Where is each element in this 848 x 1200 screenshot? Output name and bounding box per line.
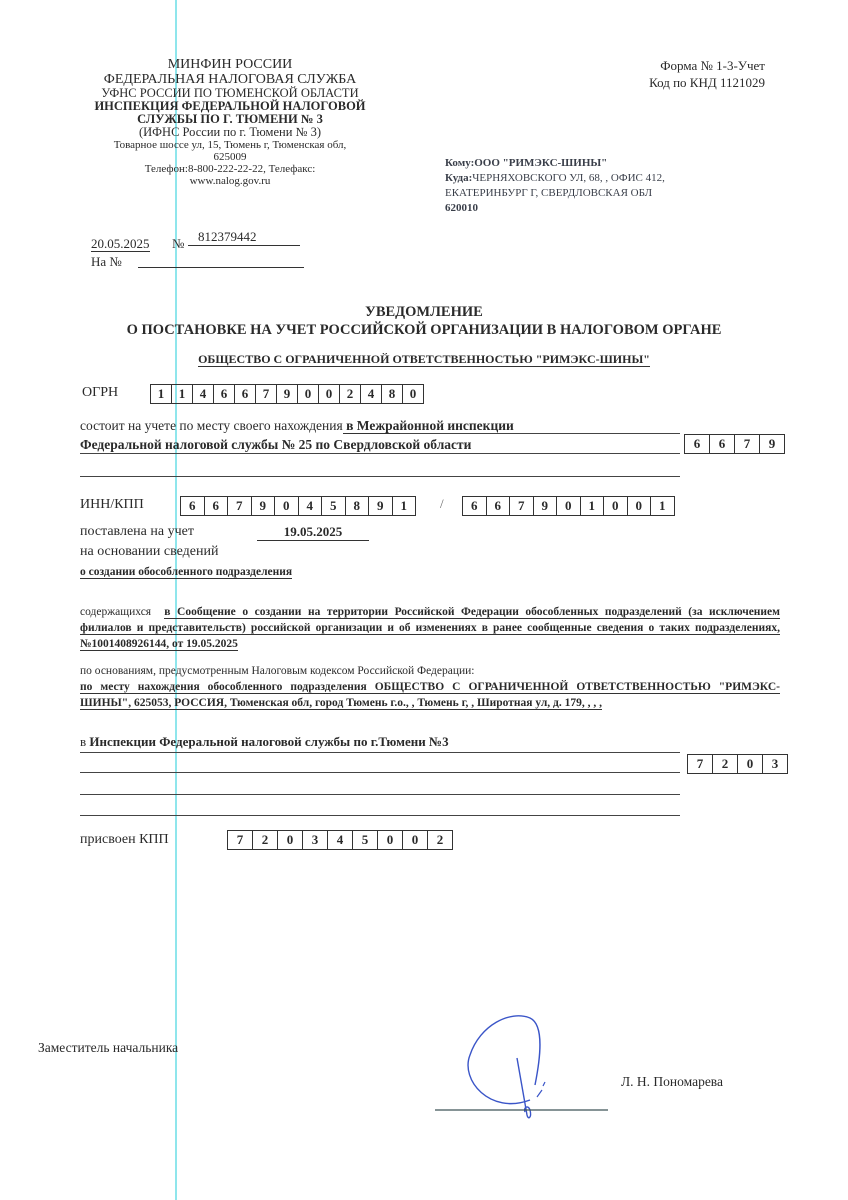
new-authority: в Инспекции Федеральной налоговой службы… xyxy=(80,734,449,750)
form-info: Форма № 1-3-Учет Код по КНД 1121029 xyxy=(600,57,765,91)
address-line1: Товарное шоссе ул, 15, Тюмень г, Тюменск… xyxy=(80,139,380,151)
document-subtitle: О ПОСТАНОВКЕ НА УЧЕТ РОССИЙСКОЙ ОРГАНИЗА… xyxy=(0,322,848,339)
website: www.nalog.gov.ru xyxy=(80,175,380,187)
ogrn-cells: 1 1 4 6 6 7 9 0 0 2 4 8 0 xyxy=(150,384,424,404)
outgoing-number: 812379442 xyxy=(188,229,300,246)
location-authority: Федеральной налоговой службы № 25 по Све… xyxy=(80,437,471,453)
reply-number xyxy=(138,255,304,268)
fill-line xyxy=(80,794,680,795)
assigned-kpp-cells: 7 2 0 3 4 5 0 0 2 xyxy=(227,830,453,850)
number-label: № xyxy=(172,236,184,252)
to-value: ООО "РИМЭКС-ШИНЫ" xyxy=(474,157,607,169)
authority-code-cells: 6 6 7 9 xyxy=(684,434,785,454)
signer-name: Л. Н. Пономарева xyxy=(621,1074,723,1090)
reply-label: На № xyxy=(91,254,122,270)
address-line1: ЧЕРНЯХОВСКОГО УЛ, 68, , ОФИС 412, xyxy=(472,172,665,184)
basis-label: на основании сведений xyxy=(80,544,218,560)
organization-name: ОБЩЕСТВО С ОГРАНИЧЕННОЙ ОТВЕТСТВЕННОСТЬЮ… xyxy=(0,352,848,367)
fill-line xyxy=(80,453,680,454)
knd-code: Код по КНД 1121029 xyxy=(600,74,765,91)
inn-kpp-separator: / xyxy=(440,496,444,512)
registered-label: поставлена на учет xyxy=(80,524,194,540)
grounds-text: по месту нахождения обособленного подраз… xyxy=(80,679,780,711)
kpp-cells: 6 6 7 9 0 1 0 0 1 xyxy=(462,496,675,516)
issuer-header: МИНФИН РОССИИ ФЕДЕРАЛЬНАЯ НАЛОГОВАЯ СЛУЖ… xyxy=(80,57,380,187)
basis-value: о создании обособленного подразделения xyxy=(80,566,292,578)
recipient-block: Кому:ООО "РИМЭКС-ШИНЫ" Куда:ЧЕРНЯХОВСКОГ… xyxy=(445,156,665,216)
new-authority-code-cells: 7 2 0 3 xyxy=(687,754,788,774)
signer-position: Заместитель начальника xyxy=(38,1040,178,1056)
fill-line xyxy=(80,772,680,773)
fill-line xyxy=(400,433,680,434)
ministry: МИНФИН РОССИИ xyxy=(80,57,380,72)
service: ФЕДЕРАЛЬНАЯ НАЛОГОВАЯ СЛУЖБА xyxy=(80,72,380,87)
outgoing-date: 20.05.2025 xyxy=(91,236,150,252)
form-number: Форма № 1-3-Учет xyxy=(600,57,765,74)
inn-kpp-label: ИНН/КПП xyxy=(80,497,144,513)
address-line2: ЕКАТЕРИНБУРГ Г, СВЕРДЛОВСКАЯ ОБЛ xyxy=(445,186,665,201)
fill-line xyxy=(80,752,680,753)
postcode: 620010 xyxy=(445,201,665,216)
contained-text: содержащихся в Сообщение о создании на т… xyxy=(80,604,780,652)
grounds-label: по основаниям, предусмотренным Налоговым… xyxy=(80,665,475,677)
location-intro: состоит на учете по месту своего нахожде… xyxy=(80,418,514,434)
address-line2: 625009 xyxy=(80,151,380,163)
registered-date: 19.05.2025 xyxy=(257,524,369,541)
to-label: Кому: xyxy=(445,157,474,169)
inspection-short: (ИФНС России по г. Тюмени № 3) xyxy=(80,126,380,139)
phone: Телефон:8-800-222-22-22, Телефакс: xyxy=(80,163,380,175)
where-label: Куда: xyxy=(445,172,472,184)
inn-cells: 6 6 7 9 0 4 5 8 9 1 xyxy=(180,496,416,516)
ogrn-label: ОГРН xyxy=(82,385,118,401)
fill-line xyxy=(80,476,680,477)
fill-line xyxy=(80,815,680,816)
handwritten-signature-icon xyxy=(430,1000,630,1140)
document-title: УВЕДОМЛЕНИЕ xyxy=(0,304,848,321)
assigned-kpp-label: присвоен КПП xyxy=(80,832,169,848)
